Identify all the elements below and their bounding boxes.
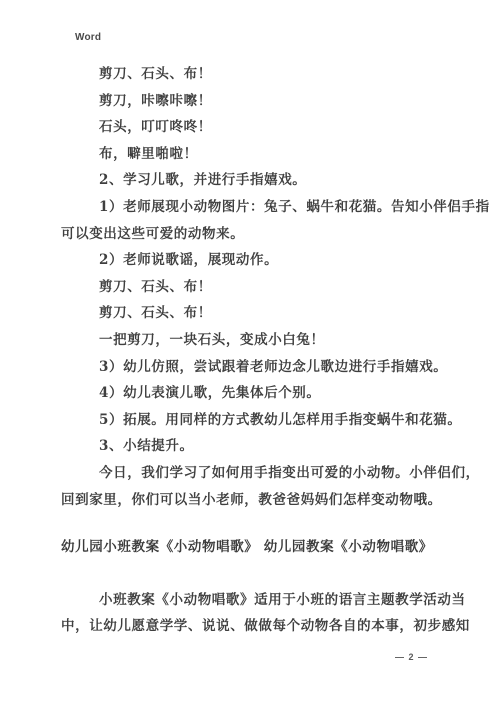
chant-line: 剪刀，咔嚓咔嚓！ bbox=[61, 88, 440, 115]
document-page: Word 剪刀、石头、布！ 剪刀，咔嚓咔嚓！ 石头，叮叮咚咚！ 布，噼里啪啦！ … bbox=[0, 0, 500, 707]
paragraph-continuation-line: 中，让幼儿愿意学学、说说、做做每个动物各自的本事，初步感知 bbox=[61, 613, 440, 640]
chant-line: 布，噼里啪啦！ bbox=[61, 141, 440, 168]
numbered-step-line: 3、小结提升。 bbox=[61, 433, 440, 460]
chant-line: 剪刀、石头、布！ bbox=[61, 300, 440, 327]
chant-line: 石头，叮叮咚咚！ bbox=[61, 114, 440, 141]
numbered-step-line: 2、学习儿歌，并进行手指嬉戏。 bbox=[61, 167, 440, 194]
paragraph-continuation-line: 可以变出这些可爱的动物来。 bbox=[61, 221, 440, 248]
numbered-step-line: 3）幼儿仿照，尝试跟着老师边念儿歌边进行手指嬉戏。 bbox=[61, 354, 440, 381]
word-app-label: Word bbox=[75, 32, 101, 43]
summary-line: 今日，我们学习了如何用手指变出可爱的小动物。小伴侣们， bbox=[61, 460, 440, 487]
chant-line: 剪刀、石头、布！ bbox=[61, 274, 440, 301]
page-number: — 2 — bbox=[395, 652, 428, 662]
paragraph-line: 小班教案《小动物唱歌》适用于小班的语言主题教学活动当 bbox=[61, 587, 440, 614]
document-body: 剪刀、石头、布！ 剪刀，咔嚓咔嚓！ 石头，叮叮咚咚！ 布，噼里啪啦！ 2、学习儿… bbox=[61, 61, 440, 640]
numbered-step-line: 4）幼儿表演儿歌，先集体后个别。 bbox=[61, 380, 440, 407]
section-heading: 幼儿园小班教案《小动物唱歌》 幼儿园教案《小动物唱歌》 bbox=[61, 534, 440, 561]
numbered-step-line: 1）老师展现小动物图片：兔子、蜗牛和花猫。告知小伴侣手指 bbox=[61, 194, 440, 221]
numbered-step-line: 5）拓展。用同样的方式教幼儿怎样用手指变蜗牛和花猫。 bbox=[61, 407, 440, 434]
numbered-step-line: 2）老师说歌谣，展现动作。 bbox=[61, 247, 440, 274]
paragraph-continuation-line: 回到家里，你们可以当小老师，教爸爸妈妈们怎样变动物哦。 bbox=[61, 487, 440, 514]
chant-line: 一把剪刀，一块石头，变成小白兔！ bbox=[61, 327, 440, 354]
chant-line: 剪刀、石头、布！ bbox=[61, 61, 440, 88]
